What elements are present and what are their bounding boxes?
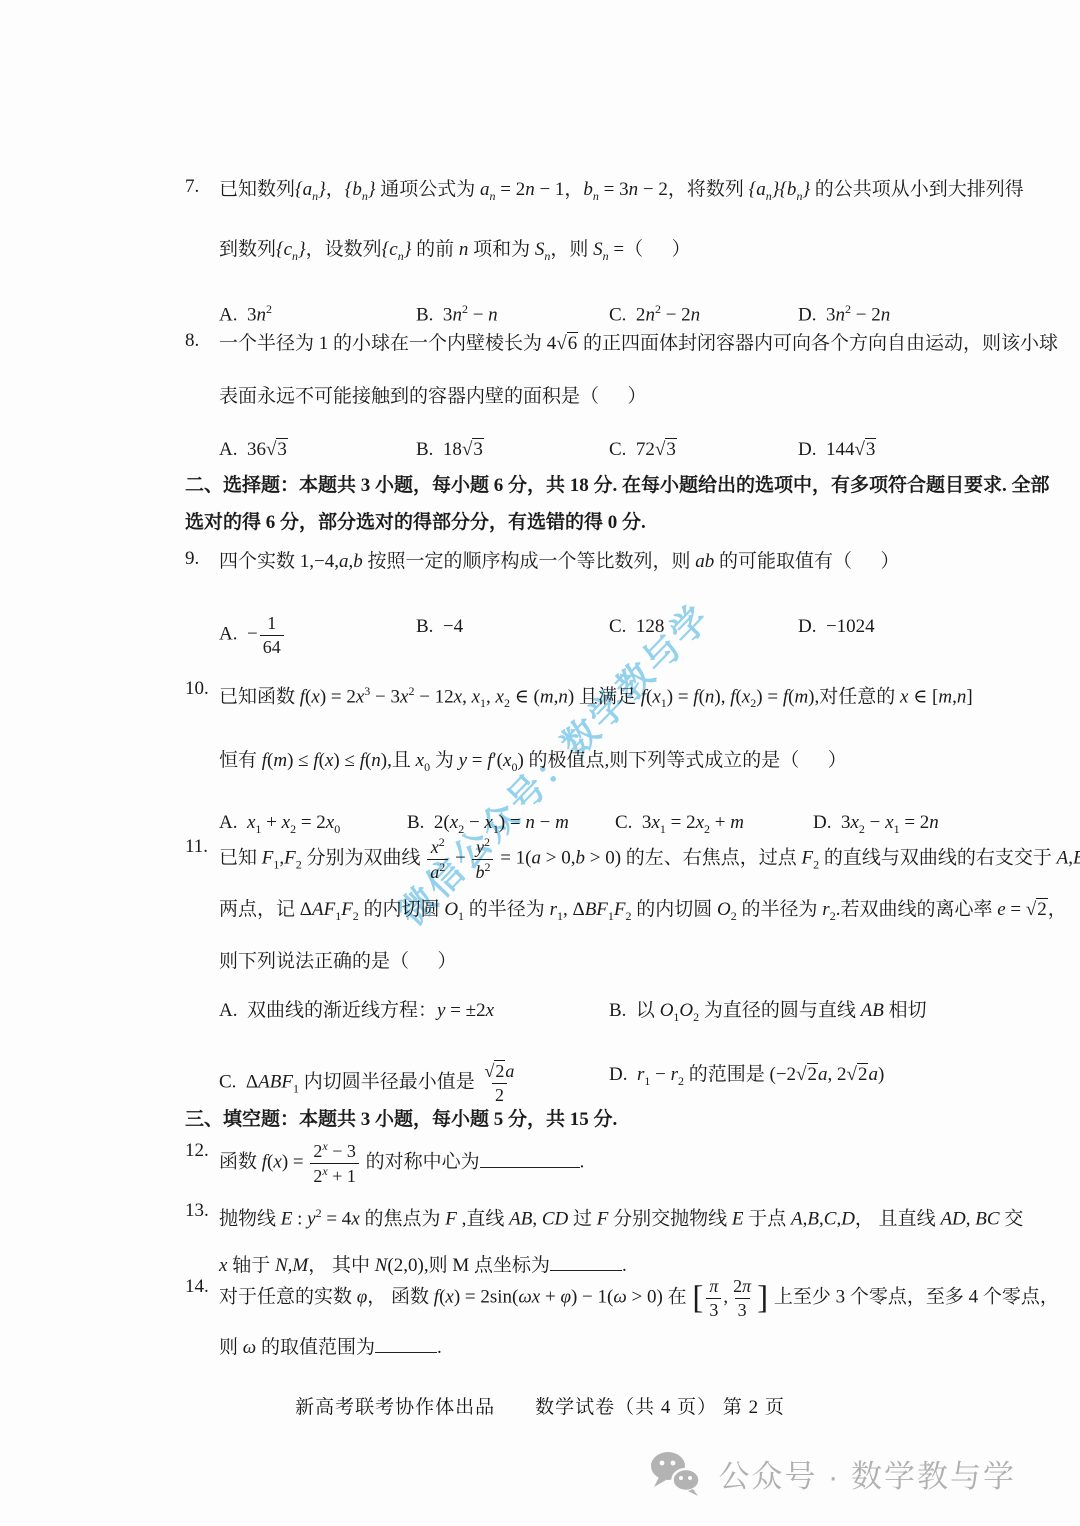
option-a: A. −164 xyxy=(219,613,416,657)
question-number: 10. xyxy=(185,678,219,843)
question-number: 14. xyxy=(185,1276,219,1361)
question-text-line: 已知数列{an}，{bn} 通项公式为 an = 2n − 1，bn = 3n … xyxy=(219,176,1024,210)
question-text-line: 函数 f(x) = 2x − 32x + 1 的对称中心为. xyxy=(219,1140,995,1186)
question-number: 7. xyxy=(185,176,219,328)
question-10: 10. 已知函数 f(x) = 2x3 − 3x2 − 12x, x1, x2 … xyxy=(185,678,995,843)
question-7: 7. 已知数列{an}，{bn} 通项公式为 an = 2n − 1，bn = … xyxy=(185,176,995,328)
question-text-line: 到数列{cn}，设数列{cn} 的前 n 项和为 Sn，则 Sn =（ ） xyxy=(219,236,1024,270)
question-text-line: 已知 F1,F2 分别为双曲线 x2a2 − y2b2 = 1(a > 0,b … xyxy=(219,836,1080,882)
question-text-line: 表面永远不可能接触到的容器内壁的面积是（ ） xyxy=(219,383,1058,410)
question-number: 8. xyxy=(185,330,219,463)
question-text-line: x 轴于 N,M， 其中 N(2,0),则 M 点坐标为. xyxy=(219,1250,1023,1279)
option-d: D. r1 − r2 的范围是 (−2√2a, 2√2a) xyxy=(609,1061,1080,1105)
options-row: A. 36√3 B. 18√3 C. 72√3 D. 144√3 xyxy=(219,436,1058,463)
section-text-line: 二、选择题：本题共 3 小题，每小题 6 分，共 18 分. 在每小题给出的选项… xyxy=(185,472,1000,499)
question-text-line: 已知函数 f(x) = 2x3 − 3x2 − 12x, x1, x2 ∈ (m… xyxy=(219,678,995,717)
section-text-line: 三、填空题：本题共 3 小题，每小题 5 分，共 15 分. xyxy=(185,1106,1000,1133)
option-a: A. 36√3 xyxy=(219,436,416,463)
option-c: C. 128 xyxy=(609,613,798,657)
question-text-line: 则 ω 的取值范围为. xyxy=(219,1332,1059,1361)
question-text-line: 对于任意的实数 φ， 函数 f(x) = 2sin(ωx + φ) − 1(ω … xyxy=(219,1276,1059,1320)
options-row: A. −164 B. −4 C. 128 D. −1024 xyxy=(219,613,995,657)
question-8: 8. 一个半径为 1 的小球在一个内壁棱长为 4√6 的正四面体封闭容器内可向各… xyxy=(185,330,995,463)
question-text-line: 两点，记 ΔAF1F2 的内切圆 O1 的半径为 r1, ΔBF1F2 的内切圆… xyxy=(219,896,1080,930)
wechat-icon xyxy=(648,1450,704,1496)
options-row: A. 3n2 B. 3n2 − n C. 2n2 − 2n D. 3n2 − 2… xyxy=(219,296,1024,328)
question-number: 12. xyxy=(185,1140,219,1186)
page-footer: 新高考联考协作体出品 数学试卷（共 4 页） 第 2 页 xyxy=(0,1392,1080,1419)
question-12: 12. 函数 f(x) = 2x − 32x + 1 的对称中心为. xyxy=(185,1140,995,1186)
option-d: D. −1024 xyxy=(798,613,995,657)
option-d: D. 3n2 − 2n xyxy=(798,296,1024,328)
option-b: B. −4 xyxy=(416,613,609,657)
option-c: C. 72√3 xyxy=(609,436,798,463)
question-number: 13. xyxy=(185,1200,219,1279)
question-text-line: 恒有 f(m) ≤ f(x) ≤ f(n),且 x0 为 y = f′(x0) … xyxy=(219,747,995,781)
brand-label: 公众号 · 数学教与学 xyxy=(718,1451,1016,1496)
question-text-line: 一个半径为 1 的小球在一个内壁棱长为 4√6 的正四面体封闭容器内可向各个方向… xyxy=(219,330,1058,357)
question-11: 11. 已知 F1,F2 分别为双曲线 x2a2 − y2b2 = 1(a > … xyxy=(185,836,995,1105)
question-9: 9. 四个实数 1,−4,a,b 按照一定的顺序构成一个等比数列，则 ab 的可… xyxy=(185,548,995,657)
brand-watermark: 公众号 · 数学教与学 xyxy=(648,1450,1016,1496)
option-b: B. 3n2 − n xyxy=(416,296,609,328)
option-b: B. 以 O1O2 为直径的圆与直线 AB 相切 xyxy=(609,997,1080,1031)
option-d: D. 144√3 xyxy=(798,436,1058,463)
option-c: C. 2n2 − 2n xyxy=(609,296,798,328)
option-c: C. ΔABF1 内切圆半径最小值是 √2a2 xyxy=(219,1061,609,1105)
exam-paper-page: 微信公众号：数学教与学 7. 已知数列{an}，{bn} 通项公式为 an = … xyxy=(0,0,1080,1526)
options-grid: A. 双曲线的渐近线方程：y = ±2x B. 以 O1O2 为直径的圆与直线 … xyxy=(219,997,1080,1105)
option-a: A. 双曲线的渐近线方程：y = ±2x xyxy=(219,997,609,1031)
question-number: 11. xyxy=(185,836,219,1105)
question-14: 14. 对于任意的实数 φ， 函数 f(x) = 2sin(ωx + φ) − … xyxy=(185,1276,995,1361)
question-number: 9. xyxy=(185,548,219,657)
section-header-fillblank: 三、填空题：本题共 3 小题，每小题 5 分，共 15 分. xyxy=(185,1106,1000,1133)
question-text-line: 抛物线 E : y2 = 4x 的焦点为 F ,直线 AB, CD 过 F 分别… xyxy=(219,1200,1023,1232)
option-a: A. 3n2 xyxy=(219,296,416,328)
section-text-line: 选对的得 6 分，部分选对的得部分分，有选错的得 0 分. xyxy=(185,509,1000,536)
question-13: 13. 抛物线 E : y2 = 4x 的焦点为 F ,直线 AB, CD 过 … xyxy=(185,1200,995,1279)
question-text-line: 则下列说法正确的是（ ） xyxy=(219,948,1080,975)
option-b: B. 18√3 xyxy=(416,436,609,463)
question-text-line: 四个实数 1,−4,a,b 按照一定的顺序构成一个等比数列，则 ab 的可能取值… xyxy=(219,548,995,575)
section-header-multichoice: 二、选择题：本题共 3 小题，每小题 6 分，共 18 分. 在每小题给出的选项… xyxy=(185,472,1000,536)
